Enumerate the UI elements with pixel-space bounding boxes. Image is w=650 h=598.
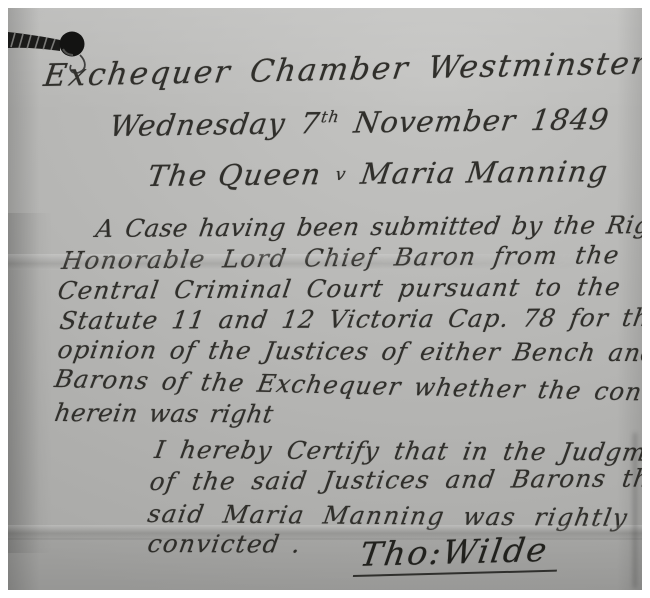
case-defendant: Maria Manning (359, 154, 611, 191)
heading-court-line: Exchequer Chamber Westminster (42, 45, 642, 94)
left-edge-shadow (8, 213, 52, 553)
case-plaintiff: The Queen (145, 157, 324, 193)
cord-twist-stripes (11, 33, 55, 50)
date-month-year-part: November 1849 (336, 102, 611, 140)
manuscript-line: opinion of the Justices of either Bench … (56, 335, 642, 367)
date-day-part: Wednesday 7 (108, 106, 323, 143)
manuscript-line: said Maria Manning was rightly (146, 499, 631, 532)
manuscript-line: Statute 11 and 12 Victoria Cap. 78 for t… (58, 303, 642, 335)
heading-date-line: Wednesday 7th November 1849 (108, 102, 612, 143)
cord-rope (8, 32, 60, 51)
case-title-line: The QueenvMaria Manning (145, 154, 610, 193)
case-versus: v (334, 165, 348, 185)
manuscript-line: Honorable Lord Chief Baron from the (60, 240, 622, 275)
manuscript-line: of the said Justices and Barons the (148, 463, 642, 496)
manuscript-paper: Exchequer Chamber Westminster Wednesday … (8, 8, 642, 590)
manuscript-line: herein was right (53, 398, 276, 429)
manuscript-line: convicted . (146, 529, 304, 559)
photo-frame: Exchequer Chamber Westminster Wednesday … (0, 0, 650, 598)
signature: Tho:Wilde (353, 530, 564, 577)
cord-knot (60, 32, 85, 57)
manuscript-line: A Case having been submitted by the Righ… (94, 210, 642, 243)
manuscript-line: I hereby Certify that in the Judgment (153, 435, 642, 467)
cord-knot-highlight (63, 49, 73, 55)
manuscript-line: Central Criminal Court pursuant to the (56, 272, 623, 305)
